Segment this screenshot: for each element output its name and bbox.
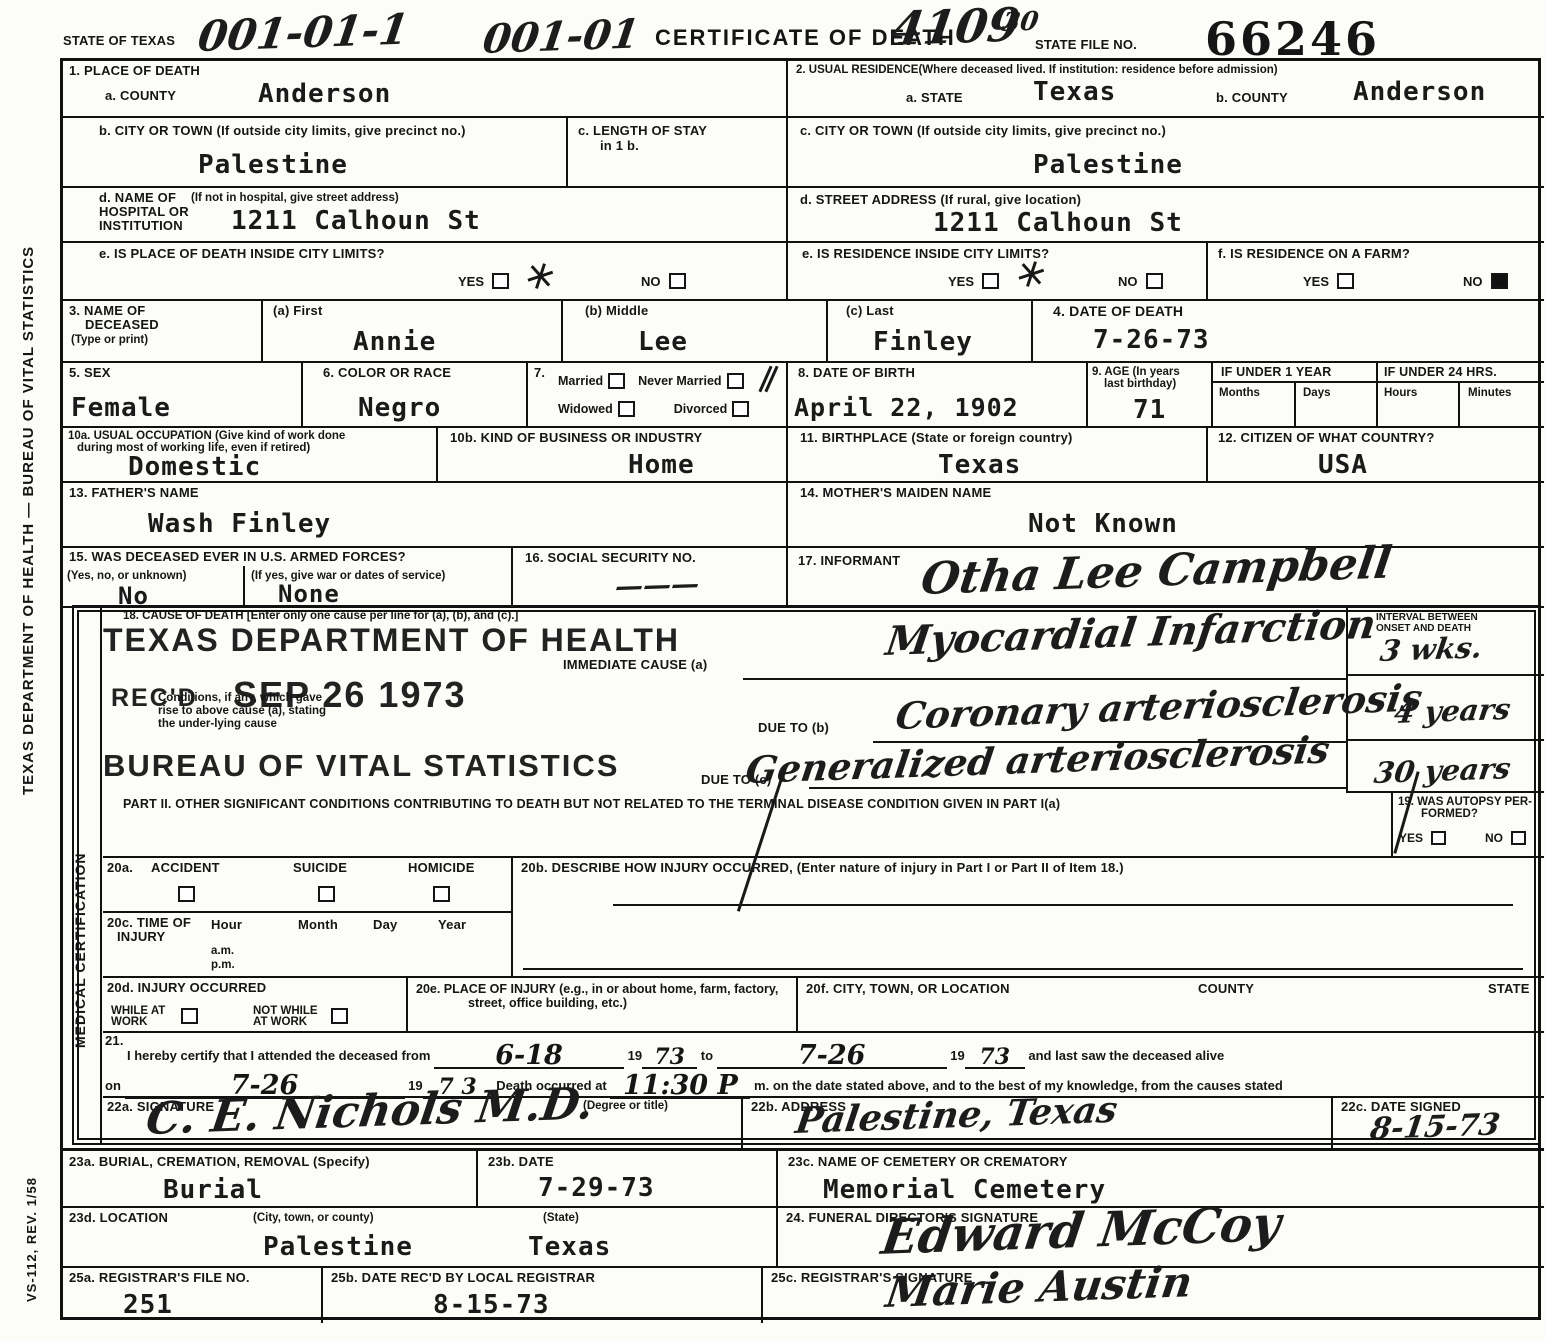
ssn-value: ——— [613, 567, 702, 603]
location-state-value: Texas [528, 1232, 611, 1262]
month-label: Month [298, 918, 338, 933]
immediate-cause-label: IMMEDIATE CAUSE (a) [563, 658, 707, 673]
field-first-name: (a) First Annie [263, 301, 563, 363]
homicide-label: HOMICIDE [408, 861, 475, 876]
residence-county-label: b. COUNTY [1216, 91, 1288, 106]
interval-b-handwriting: 4 years [1392, 692, 1513, 730]
field-physician-signature: 22a. SIGNATURE C. E. Nichols M.D. (Degre… [103, 1098, 743, 1148]
mother-value: Not Known [1028, 509, 1178, 539]
field-part-2-conditions: PART II. OTHER SIGNIFICANT CONDITIONS CO… [103, 793, 1393, 858]
field-hospital: d. NAME OF (If not in hospital, give str… [63, 188, 788, 243]
farm-no: NO [1463, 273, 1508, 289]
occupation-value: Domestic [128, 452, 261, 482]
field-cause-of-death: 18. CAUSE OF DEATH [Enter only one cause… [103, 608, 1348, 793]
field-usual-residence: 2. USUAL RESIDENCE(Where deceased lived.… [788, 61, 1544, 118]
field-date-of-birth: 8. DATE OF BIRTH April 22, 1902 [788, 363, 1088, 428]
while-at-work-label-2: WORK [111, 1016, 147, 1029]
autopsy-no: NO [1485, 831, 1526, 845]
checkbox-death-limits-yes [492, 273, 509, 289]
state-of-texas-label: STATE OF TEXAS [63, 34, 175, 49]
suicide-label: SUICIDE [293, 861, 347, 876]
birthplace-label: 11. BIRTHPLACE (State or foreign country… [800, 431, 1073, 446]
hour-label: Hour [211, 918, 242, 933]
item-21-number: 21. [105, 1034, 124, 1049]
middle-name-label: (b) Middle [585, 304, 648, 319]
citizen-value: USA [1318, 450, 1368, 480]
attended-to-date: 7-26 [717, 1045, 947, 1069]
location-sub-city: (City, town, or county) [253, 1212, 374, 1225]
field-registrar-file-no: 25a. REGISTRAR'S FILE NO. 251 [63, 1268, 323, 1323]
attended-from-date: 6-18 [434, 1045, 624, 1069]
hours-label: Hours [1384, 387, 1417, 400]
field-armed-forces: 15. WAS DECEASED EVER IN U.S. ARMED FORC… [63, 548, 513, 608]
injury-county-label: COUNTY [1198, 982, 1254, 997]
death-city-label: b. CITY OR TOWN (If outside city limits,… [99, 124, 466, 139]
field-color-or-race: 6. COLOR OR RACE Negro [303, 363, 528, 428]
autopsy-label-2: FORMED? [1421, 808, 1478, 821]
armed-forces-value2: None [278, 580, 340, 608]
marital-row-2: Widowed Divorced [558, 401, 749, 417]
hospital-label-paren: (If not in hospital, give street address… [191, 192, 399, 205]
stamp-texas-department-of-health: TEXAS DEPARTMENT OF HEALTH [103, 622, 680, 659]
pm-label: p.m. [211, 959, 235, 972]
field-usual-occupation: 10a. USUAL OCCUPATION (Give kind of work… [63, 428, 438, 483]
field-citizen: 12. CITIZEN OF WHAT COUNTRY? USA [1208, 428, 1544, 483]
county-label: a. COUNTY [105, 89, 176, 104]
street-address-value: 1211 Calhoun St [933, 208, 1183, 238]
state-file-no-label: STATE FILE NO. [1035, 38, 1137, 53]
field-cemetery: 23c. NAME OF CEMETERY OR CREMATORY Memor… [778, 1148, 1544, 1208]
minutes-label: Minutes [1468, 387, 1511, 400]
field-social-security-no: 16. SOCIAL SECURITY NO. ——— [513, 548, 788, 608]
certificate-form: 1. PLACE OF DEATH a. COUNTY Anderson 2. … [60, 58, 1541, 1320]
residence-limits-yes: YES [948, 273, 999, 289]
mother-label: 14. MOTHER'S MAIDEN NAME [800, 486, 991, 501]
degree-or-title-label: (Degree or title) [583, 1100, 668, 1113]
field-length-of-stay: c. LENGTH OF STAY in 1 b. [568, 118, 788, 188]
injury-occurred-label: 20d. INJURY OCCURRED [107, 981, 266, 996]
field-injury-city-county-state: 20f. CITY, TOWN, OR LOCATION COUNTY STAT… [798, 978, 1544, 1033]
checkbox-widowed [618, 401, 635, 417]
residence-farm-label: f. IS RESIDENCE ON A FARM? [1218, 247, 1410, 262]
location-label: 23d. LOCATION [69, 1211, 168, 1226]
cause-c-handwriting: Generalized arteriosclerosis [743, 727, 1333, 792]
checkbox-married [608, 373, 625, 389]
margin-form-number: VS-112, REV. 1/58 [24, 1150, 39, 1330]
last-name-value: Finley [873, 327, 973, 357]
field-place-of-death: 1. PLACE OF DEATH a. COUNTY Anderson [63, 61, 788, 118]
race-label: 6. COLOR OR RACE [323, 366, 451, 381]
middle-name-value: Lee [638, 327, 688, 357]
checkbox-homicide [433, 886, 450, 902]
am-label: a.m. [211, 945, 234, 958]
checkbox-autopsy-no [1511, 831, 1526, 845]
never-married-label: Never Married [638, 374, 721, 388]
checkbox-farm-yes [1337, 273, 1354, 289]
field-date-received: 25b. DATE REC'D BY LOCAL REGISTRAR 8-15-… [323, 1268, 763, 1323]
date-of-birth-label: 8. DATE OF BIRTH [798, 366, 915, 381]
birthplace-value: Texas [938, 450, 1021, 480]
residence-state-value: Texas [1033, 77, 1116, 107]
handwritten-registration-suffix: 30 [1000, 7, 1040, 38]
year-label: Year [438, 918, 466, 933]
time-injury-label-2: INJURY [117, 930, 165, 945]
field-if-under-24-hrs: IF UNDER 24 HRS. Hours Minutes [1378, 363, 1544, 428]
death-city-value: Palestine [198, 150, 348, 180]
widowed-label: Widowed [558, 402, 613, 416]
residence-limits-no: NO [1118, 273, 1163, 289]
time-of-death: 11:30 P [610, 1075, 750, 1099]
last-name-label: (c) Last [846, 304, 894, 319]
first-name-label: (a) First [273, 304, 322, 319]
certify-line-1: I hereby certify that I attended the dec… [127, 1045, 1224, 1069]
place-injury-label-1: 20e. PLACE OF INJURY (e.g., in or about … [416, 982, 778, 996]
date-of-death-label: 4. DATE OF DEATH [1053, 304, 1183, 320]
marital-row-1: Married Never Married [558, 373, 744, 389]
field-street-address: d. STREET ADDRESS (If rural, give locati… [788, 188, 1544, 243]
field-fathers-name: 13. FATHER'S NAME Wash Finley [63, 483, 788, 548]
checkbox-residence-limits-yes [982, 273, 999, 289]
interval-label-1: INTERVAL BETWEEN [1376, 612, 1478, 623]
burial-label: 23a. BURIAL, CREMATION, REMOVAL (Specify… [69, 1155, 370, 1170]
residence-city-limits-label: e. IS RESIDENCE INSIDE CITY LIMITS? [802, 247, 1049, 262]
residence-city-label: c. CITY OR TOWN (If outside city limits,… [800, 124, 1166, 139]
part-2-label: PART II. OTHER SIGNIFICANT CONDITIONS CO… [123, 797, 1060, 811]
field-death-city: b. CITY OR TOWN (If outside city limits,… [63, 118, 568, 188]
residence-state-label: a. STATE [906, 91, 963, 106]
armed-forces-value1: No [118, 582, 149, 610]
usual-residence-label: 2. USUAL RESIDENCE(Where deceased lived.… [796, 64, 1278, 77]
under-24-hrs-label: IF UNDER 24 HRS. [1384, 365, 1497, 379]
armed-forces-label: 15. WAS DECEASED EVER IN U.S. ARMED FORC… [69, 550, 406, 565]
conditions-note: Conditions, if any, which gave rise to a… [158, 692, 343, 731]
cemetery-label: 23c. NAME OF CEMETERY OR CREMATORY [788, 1155, 1068, 1170]
checkbox-suicide [318, 886, 335, 902]
cause-a-handwriting: Myocardial Infarction [883, 601, 1379, 665]
burial-value: Burial [163, 1175, 263, 1205]
interval-c-handwriting: 30 years [1372, 751, 1513, 790]
place-injury-label-2: street, office building, etc.) [468, 996, 627, 1010]
field-name-of-deceased-label: 3. NAME OF DECEASED (Type or print) [63, 301, 263, 363]
sex-label: 5. SEX [69, 366, 111, 381]
date-signed-handwriting: 8-15-73 [1368, 1107, 1502, 1147]
residence-city-value: Palestine [1033, 150, 1183, 180]
first-name-value: Annie [353, 327, 436, 357]
handwritten-check-mark [756, 365, 778, 393]
field-date-of-death: 4. DATE OF DEATH 7-26-73 [1033, 301, 1544, 363]
margin-department-label: TEXAS DEPARTMENT OF HEALTH — BUREAU OF V… [20, 230, 37, 810]
death-city-limits-label: e. IS PLACE OF DEATH INSIDE CITY LIMITS? [99, 247, 385, 262]
farm-yes: YES [1303, 273, 1354, 289]
handwritten-district-code: 001-01-1 [195, 4, 412, 61]
sex-value: Female [71, 393, 171, 423]
interval-a-handwriting: 3 wks. [1378, 630, 1485, 668]
father-label: 13. FATHER'S NAME [69, 486, 199, 501]
field-residence-on-farm: f. IS RESIDENCE ON A FARM? YES NO [1208, 243, 1544, 301]
stamp-bureau-of-vital-statistics: BUREAU OF VITAL STATISTICS [103, 748, 619, 784]
date-of-death-value: 7-26-73 [1093, 325, 1210, 355]
informant-signature: Otha Lee Campbell [918, 537, 1395, 605]
death-certificate-scan: TEXAS DEPARTMENT OF HEALTH — BUREAU OF V… [0, 0, 1545, 1341]
autopsy-yes: YES [1399, 831, 1446, 845]
field-business-industry: 10b. KIND OF BUSINESS OR INDUSTRY Home [438, 428, 788, 483]
checkbox-divorced [732, 401, 749, 417]
married-label: Married [558, 374, 603, 388]
field-time-of-injury: 20c. TIME OF INJURY Hour a.m. p.m. Month… [103, 913, 513, 978]
date-of-birth-value: April 22, 1902 [794, 393, 1019, 422]
father-value: Wash Finley [148, 509, 331, 539]
cause-b-handwriting: Coronary arteriosclerosis [893, 675, 1425, 738]
checkbox-not-while-at-work [331, 1008, 348, 1024]
field-last-name: (c) Last Finley [828, 301, 1033, 363]
name-label-3: (Type or print) [71, 334, 148, 347]
field-mothers-maiden-name: 14. MOTHER'S MAIDEN NAME Not Known [788, 483, 1544, 548]
field-autopsy: 19. WAS AUTOPSY PER- FORMED? YES NO [1393, 793, 1544, 858]
industry-value: Home [628, 450, 695, 480]
field-residence-city: c. CITY OR TOWN (If outside city limits,… [788, 118, 1544, 188]
date-received-value: 8-15-73 [433, 1290, 550, 1320]
field-place-of-injury: 20e. PLACE OF INJURY (e.g., in or about … [408, 978, 798, 1033]
field-if-under-1-year: IF UNDER 1 YEAR Months Days [1213, 363, 1378, 428]
field-20a-number: 20a. [107, 861, 133, 876]
field-residence-inside-city-limits: e. IS RESIDENCE INSIDE CITY LIMITS? YES … [788, 243, 1208, 301]
death-limits-yes: YES [458, 273, 509, 289]
registrar-file-value: 251 [123, 1290, 173, 1320]
location-city-value: Palestine [263, 1232, 413, 1262]
citizen-label: 12. CITIZEN OF WHAT COUNTRY? [1218, 431, 1434, 446]
attended-to-year: 73 [965, 1049, 1025, 1069]
injury-state-label: STATE [1488, 982, 1530, 997]
field-sex: 5. SEX Female [63, 363, 303, 428]
field-death-inside-city-limits: e. IS PLACE OF DEATH INSIDE CITY LIMITS?… [63, 243, 788, 301]
divorced-label: Divorced [674, 402, 728, 416]
street-address-label: d. STREET ADDRESS (If rural, give locati… [800, 193, 1081, 208]
occupation-label-1: 10a. USUAL OCCUPATION (Give kind of work… [68, 430, 345, 443]
length-of-stay-label: c. LENGTH OF STAY [578, 124, 707, 139]
field-informant: 17. INFORMANT Otha Lee Campbell [788, 548, 1544, 608]
registrar-signature-handwriting: Marie Austin [883, 1257, 1196, 1317]
age-label-2: last birthday) [1104, 378, 1176, 391]
hospital-label-3: INSTITUTION [99, 219, 183, 234]
handwritten-yes-mark [529, 263, 551, 289]
age-value: 71 [1133, 395, 1166, 425]
date-received-label: 25b. DATE REC'D BY LOCAL REGISTRAR [331, 1271, 595, 1286]
not-while-label-2: AT WORK [253, 1016, 307, 1029]
death-limits-no: NO [641, 273, 686, 289]
cemetery-value: Memorial Cemetery [823, 1175, 1106, 1205]
checkbox-never-married-checked [727, 373, 744, 389]
field-interval-column: INTERVAL BETWEEN ONSET AND DEATH 3 wks. … [1348, 608, 1544, 793]
field-registrar-signature: 25c. REGISTRAR'S SIGNATURE Marie Austin [763, 1268, 1544, 1323]
field-accident-suicide-homicide: 20a. ACCIDENT SUICIDE HOMICIDE [103, 858, 513, 913]
due-to-b-label: DUE TO (b) [758, 721, 829, 736]
injury-city-label: 20f. CITY, TOWN, OR LOCATION [806, 982, 1010, 997]
field-injury-occurred: 20d. INJURY OCCURRED WHILE AT WORK NOT W… [103, 978, 408, 1033]
registrar-file-label: 25a. REGISTRAR'S FILE NO. [69, 1271, 250, 1286]
field-date-signed: 22c. DATE SIGNED 8-15-73 [1333, 1098, 1544, 1148]
handwritten-local-code: 001-01 [480, 10, 642, 63]
race-value: Negro [358, 393, 441, 423]
cause-of-death-label: 18. CAUSE OF DEATH [Enter only one cause… [123, 610, 518, 623]
checkbox-while-at-work [181, 1008, 198, 1024]
age-label-1: 9. AGE (In years [1092, 366, 1180, 379]
checkbox-accident [178, 886, 195, 902]
field-middle-name: (b) Middle Lee [563, 301, 828, 363]
length-of-stay-sub: in 1 b. [600, 139, 639, 154]
field-burial-location: 23d. LOCATION (City, town, or county) (S… [63, 1208, 778, 1268]
hospital-value: 1211 Calhoun St [231, 206, 481, 236]
field-physician-address: 22b. ADDRESS Palestine, Texas [743, 1098, 1333, 1148]
checkbox-death-limits-no [669, 273, 686, 289]
describe-injury-label: 20b. DESCRIBE HOW INJURY OCCURRED, (Ente… [521, 861, 1124, 876]
armed-forces-sub1: (Yes, no, or unknown) [67, 570, 186, 583]
checkbox-residence-limits-no [1146, 273, 1163, 289]
attended-from-year: 73 [642, 1049, 697, 1069]
accident-label: ACCIDENT [151, 861, 220, 876]
days-label: Days [1303, 387, 1331, 400]
ssn-label: 16. SOCIAL SECURITY NO. [525, 551, 696, 566]
field-burial-type: 23a. BURIAL, CREMATION, REMOVAL (Specify… [63, 1148, 478, 1208]
handwritten-yes-mark [1020, 261, 1042, 287]
burial-date-value: 7-29-73 [538, 1173, 655, 1203]
autopsy-label-1: 19. WAS AUTOPSY PER- [1398, 796, 1532, 809]
industry-label: 10b. KIND OF BUSINESS OR INDUSTRY [450, 431, 702, 446]
burial-date-label: 23b. DATE [488, 1155, 554, 1170]
location-sub-state: (State) [543, 1212, 579, 1225]
field-marital-status: 7. Married Never Married Widowed Divorce… [528, 363, 788, 428]
field-birthplace: 11. BIRTHPLACE (State or foreign country… [788, 428, 1208, 483]
checkbox-autopsy-yes [1431, 831, 1446, 845]
months-label: Months [1219, 387, 1260, 400]
field-describe-injury: 20b. DESCRIBE HOW INJURY OCCURRED, (Ente… [513, 858, 1544, 978]
marital-number: 7. [534, 366, 545, 381]
field-burial-date: 23b. DATE 7-29-73 [478, 1148, 778, 1208]
death-county-value: Anderson [258, 79, 391, 109]
place-of-death-label: 1. PLACE OF DEATH [69, 64, 200, 79]
name-label-2: DECEASED [85, 318, 159, 333]
day-label: Day [373, 918, 397, 933]
residence-county-value: Anderson [1353, 77, 1486, 107]
checkbox-farm-no-checked [1491, 273, 1508, 289]
field-age: 9. AGE (In years last birthday) 71 [1088, 363, 1213, 428]
informant-label: 17. INFORMANT [798, 554, 900, 569]
under-1-year-label: IF UNDER 1 YEAR [1221, 365, 1331, 379]
